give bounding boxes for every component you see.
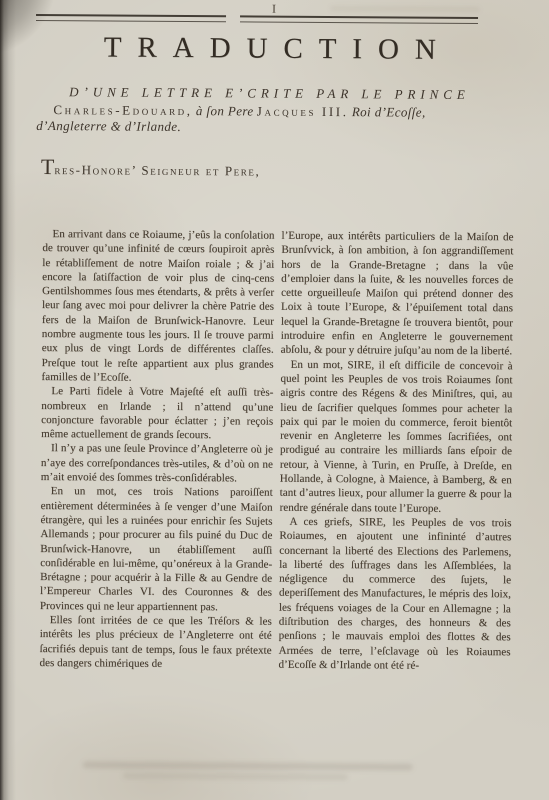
paragraph: Le Parti fidele à Votre Majeſté eſt auſſ… [41, 384, 273, 443]
paragraph: l’Europe, aux intérêts particuliers de l… [281, 229, 514, 359]
paragraph: En un mot, ces trois Nations paroiſſent … [40, 484, 273, 614]
byline-name: Charles-Edouard, [53, 102, 192, 118]
letter-body: En arrivant dans ce Roiaume, j’eûs la co… [39, 227, 513, 673]
book-page: I TRADUCTION D’UNE LETTRE E’CRITE PAR LE… [0, 0, 549, 800]
bleedthrough-smudge [123, 773, 348, 781]
subtitle: D’UNE LETTRE E’CRITE PAR LE PRINCE [0, 84, 540, 104]
bleedthrough-smudge [83, 761, 413, 770]
paragraph: Elles ſont irritées de ce que les Tréſor… [39, 613, 271, 672]
column-left: En arrivant dans ce Roiaume, j’eûs la co… [39, 227, 274, 672]
byline-connector: à ſon Pere [196, 103, 254, 118]
header-rule-left [36, 14, 226, 22]
byline-father: Jacques III. [257, 104, 349, 120]
salutation-text: res-Honore’ Seigneur et Pere, [54, 162, 260, 178]
byline-continuation: d’Angleterre & d’Irlande. [36, 118, 181, 135]
paragraph: A ces griefs, SIRE, les Peuples de vos t… [278, 515, 511, 674]
paragraph: En un mot, SIRE, il eſt difficile de con… [280, 357, 513, 516]
bleedthrough-smudge [330, 6, 480, 12]
salutation-initial: T [41, 154, 55, 179]
header-rule-right [240, 15, 478, 24]
paragraph: En arrivant dans ce Roiaume, j’eûs la co… [41, 227, 274, 386]
byline-father-title: Roi d’Ecoſſe, [352, 104, 426, 120]
printed-sheet: I TRADUCTION D’UNE LETTRE E’CRITE PAR LE… [0, 0, 549, 800]
paragraph: Il n’y a pas une ſeule Province d’Anglet… [41, 441, 273, 486]
salutation: Tres-Honore’ Seigneur et Pere, [41, 156, 261, 181]
column-right: l’Europe, aux intérêts particuliers de l… [278, 229, 513, 674]
page-title: TRADUCTION [0, 31, 540, 68]
